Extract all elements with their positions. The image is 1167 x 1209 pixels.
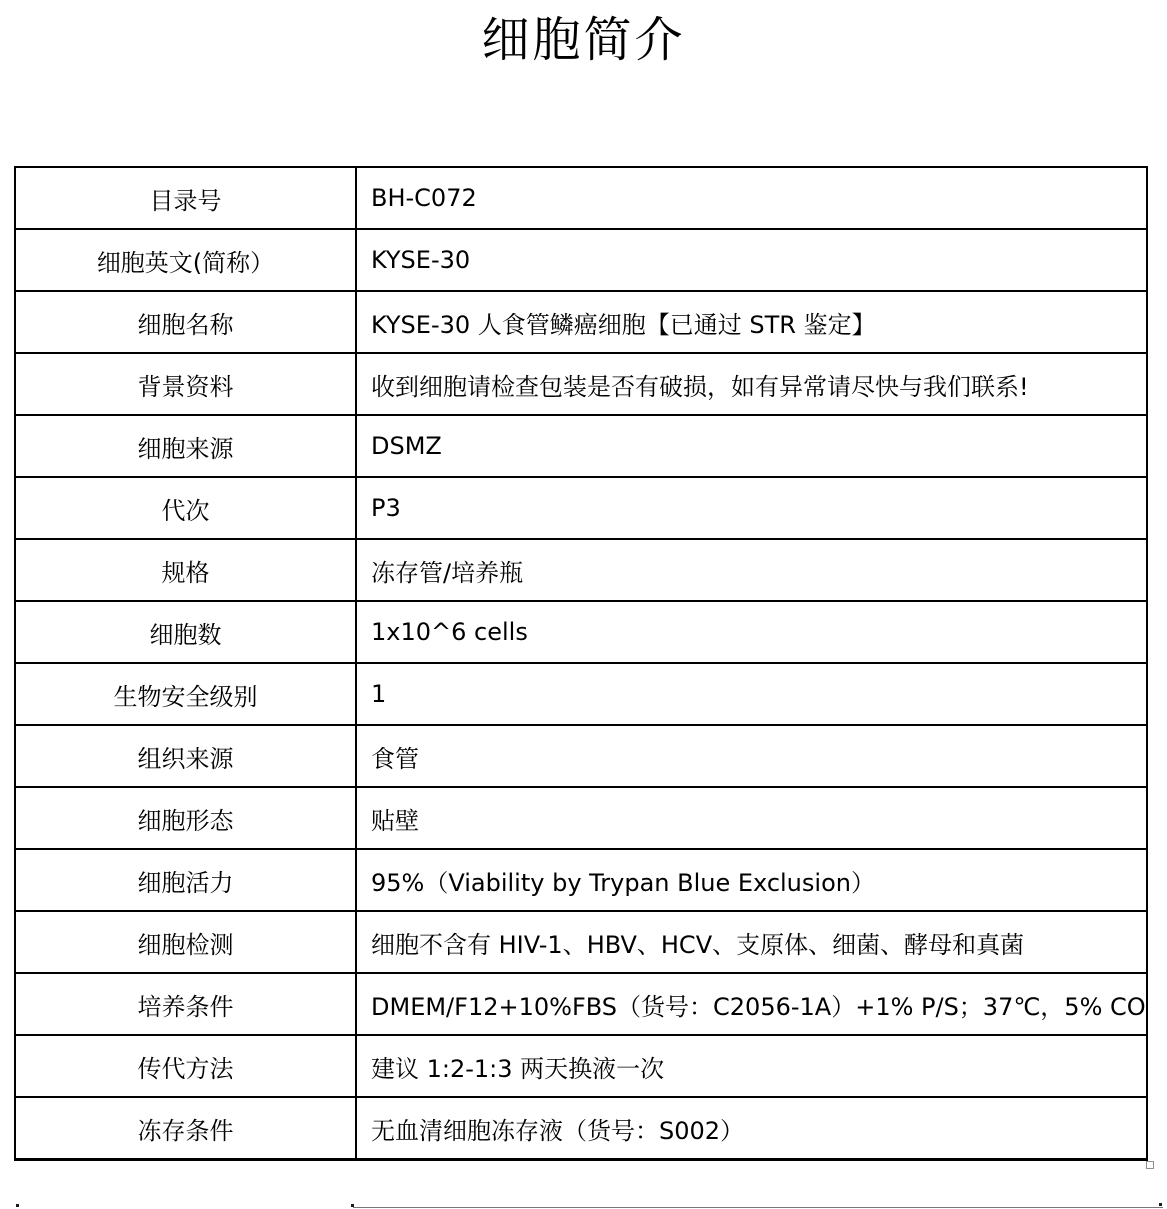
row-value: 食管 (356, 725, 1147, 787)
row-label: 组织来源 (15, 725, 356, 787)
row-value: KYSE-30 人食管鳞癌细胞【已通过 STR 鉴定】 (356, 291, 1147, 353)
table-row: 细胞名称KYSE-30 人食管鳞癌细胞【已通过 STR 鉴定】 (15, 291, 1147, 353)
row-value: 细胞不含有 HIV-1、HBV、HCV、支原体、细菌、酵母和真菌 (356, 911, 1147, 973)
next-table-border-dot (1159, 1203, 1162, 1206)
table-row: 冻存条件无血清细胞冻存液（货号：S002） (15, 1097, 1147, 1160)
row-label: 细胞来源 (15, 415, 356, 477)
row-value: DSMZ (356, 415, 1147, 477)
row-label: 细胞活力 (15, 849, 356, 911)
row-label: 细胞数 (15, 601, 356, 663)
row-label: 细胞检测 (15, 911, 356, 973)
row-value: 建议 1:2-1:3 两天换液一次 (356, 1035, 1147, 1097)
page-title: 细胞简介 (0, 0, 1167, 70)
table-row: 细胞数1x10^6 cells (15, 601, 1147, 663)
table-row: 组织来源食管 (15, 725, 1147, 787)
table-row: 传代方法建议 1:2-1:3 两天换液一次 (15, 1035, 1147, 1097)
row-value: 1x10^6 cells (356, 601, 1147, 663)
row-value: 1 (356, 663, 1147, 725)
row-label: 背景资料 (15, 353, 356, 415)
row-label: 传代方法 (15, 1035, 356, 1097)
row-value: KYSE-30 (356, 229, 1147, 291)
empty-square-mark-icon (1146, 1161, 1154, 1169)
table-row: 规格冻存管/培养瓶 (15, 539, 1147, 601)
row-value: DMEM/F12+10%FBS（货号：C2056-1A）+1% P/S；37℃，… (356, 973, 1147, 1035)
row-value: 冻存管/培养瓶 (356, 539, 1147, 601)
row-label: 冻存条件 (15, 1097, 356, 1160)
row-label: 培养条件 (15, 973, 356, 1035)
row-label: 细胞名称 (15, 291, 356, 353)
table-row: 背景资料收到细胞请检查包装是否有破损，如有异常请尽快与我们联系! (15, 353, 1147, 415)
next-table-border-dot (16, 1204, 19, 1207)
row-value: 贴壁 (356, 787, 1147, 849)
row-label: 生物安全级别 (15, 663, 356, 725)
next-table-top-border (353, 1207, 1163, 1208)
cell-info-table: 目录号BH-C072细胞英文(简称）KYSE-30细胞名称KYSE-30 人食管… (14, 166, 1148, 1161)
table-row: 目录号BH-C072 (15, 167, 1147, 229)
row-value: P3 (356, 477, 1147, 539)
table-row: 细胞来源DSMZ (15, 415, 1147, 477)
table-row: 细胞形态贴壁 (15, 787, 1147, 849)
row-label: 代次 (15, 477, 356, 539)
table-row: 代次P3 (15, 477, 1147, 539)
table-row: 细胞英文(简称）KYSE-30 (15, 229, 1147, 291)
row-label: 细胞形态 (15, 787, 356, 849)
row-value: 无血清细胞冻存液（货号：S002） (356, 1097, 1147, 1160)
row-label: 目录号 (15, 167, 356, 229)
row-label: 规格 (15, 539, 356, 601)
table-row: 生物安全级别1 (15, 663, 1147, 725)
table-row: 细胞检测细胞不含有 HIV-1、HBV、HCV、支原体、细菌、酵母和真菌 (15, 911, 1147, 973)
cell-info-table-body: 目录号BH-C072细胞英文(简称）KYSE-30细胞名称KYSE-30 人食管… (15, 167, 1147, 1160)
row-label: 细胞英文(简称） (15, 229, 356, 291)
row-value: 95%（Viability by Trypan Blue Exclusion） (356, 849, 1147, 911)
table-row: 细胞活力95%（Viability by Trypan Blue Exclusi… (15, 849, 1147, 911)
table-row: 培养条件DMEM/F12+10%FBS（货号：C2056-1A）+1% P/S；… (15, 973, 1147, 1035)
row-value: BH-C072 (356, 167, 1147, 229)
row-value: 收到细胞请检查包装是否有破损，如有异常请尽快与我们联系! (356, 353, 1147, 415)
